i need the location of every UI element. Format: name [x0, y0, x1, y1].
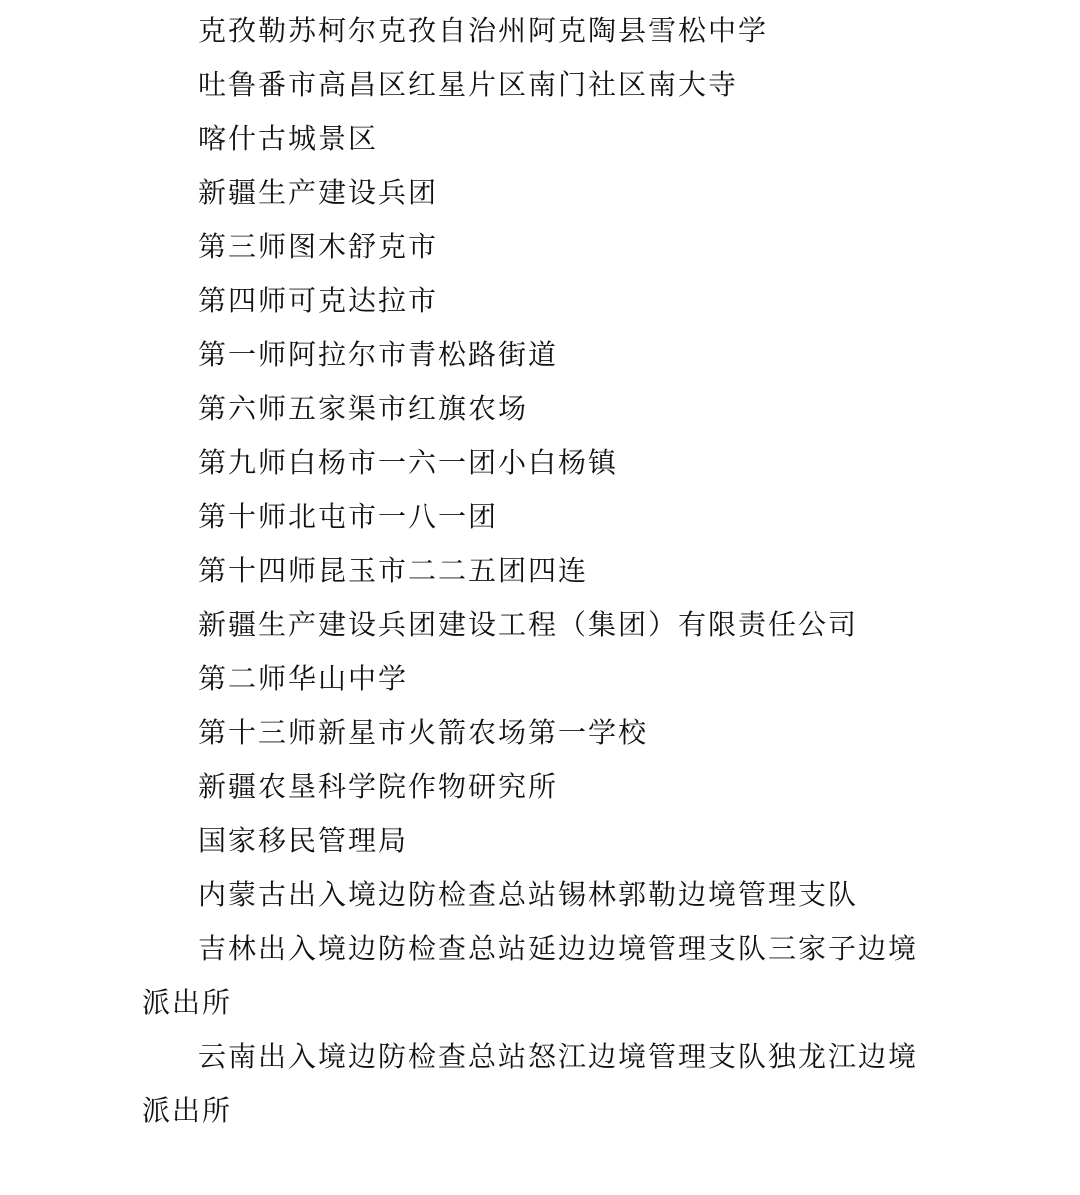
document-line: 第十三师新星市火箭农场第一学校 [142, 706, 940, 760]
document-line: 克孜勒苏柯尔克孜自治州阿克陶县雪松中学 [142, 4, 940, 58]
document-line: 第三师图木舒克市 [142, 220, 940, 274]
document-page: 克孜勒苏柯尔克孜自治州阿克陶县雪松中学 吐鲁番市高昌区红星片区南门社区南大寺 喀… [0, 0, 1080, 1195]
document-line: 第十师北屯市一八一团 [142, 490, 940, 544]
document-line: 第四师可克达拉市 [142, 274, 940, 328]
document-line: 新疆生产建设兵团建设工程（集团）有限责任公司 [142, 598, 940, 652]
document-line: 内蒙古出入境边防检查总站锡林郭勒边境管理支队 [142, 868, 940, 922]
document-line: 云南出入境边防检查总站怒江边境管理支队独龙江边境派出所 [142, 1030, 940, 1138]
document-line: 第一师阿拉尔市青松路街道 [142, 328, 940, 382]
document-line: 吉林出入境边防检查总站延边边境管理支队三家子边境派出所 [142, 922, 940, 1030]
document-line: 吐鲁番市高昌区红星片区南门社区南大寺 [142, 58, 940, 112]
document-line: 第九师白杨市一六一团小白杨镇 [142, 436, 940, 490]
document-line: 第六师五家渠市红旗农场 [142, 382, 940, 436]
document-line: 新疆生产建设兵团 [142, 166, 940, 220]
document-line: 第二师华山中学 [142, 652, 940, 706]
document-line: 国家移民管理局 [142, 814, 940, 868]
document-line: 新疆农垦科学院作物研究所 [142, 760, 940, 814]
document-line: 喀什古城景区 [142, 112, 940, 166]
document-line: 第十四师昆玉市二二五团四连 [142, 544, 940, 598]
